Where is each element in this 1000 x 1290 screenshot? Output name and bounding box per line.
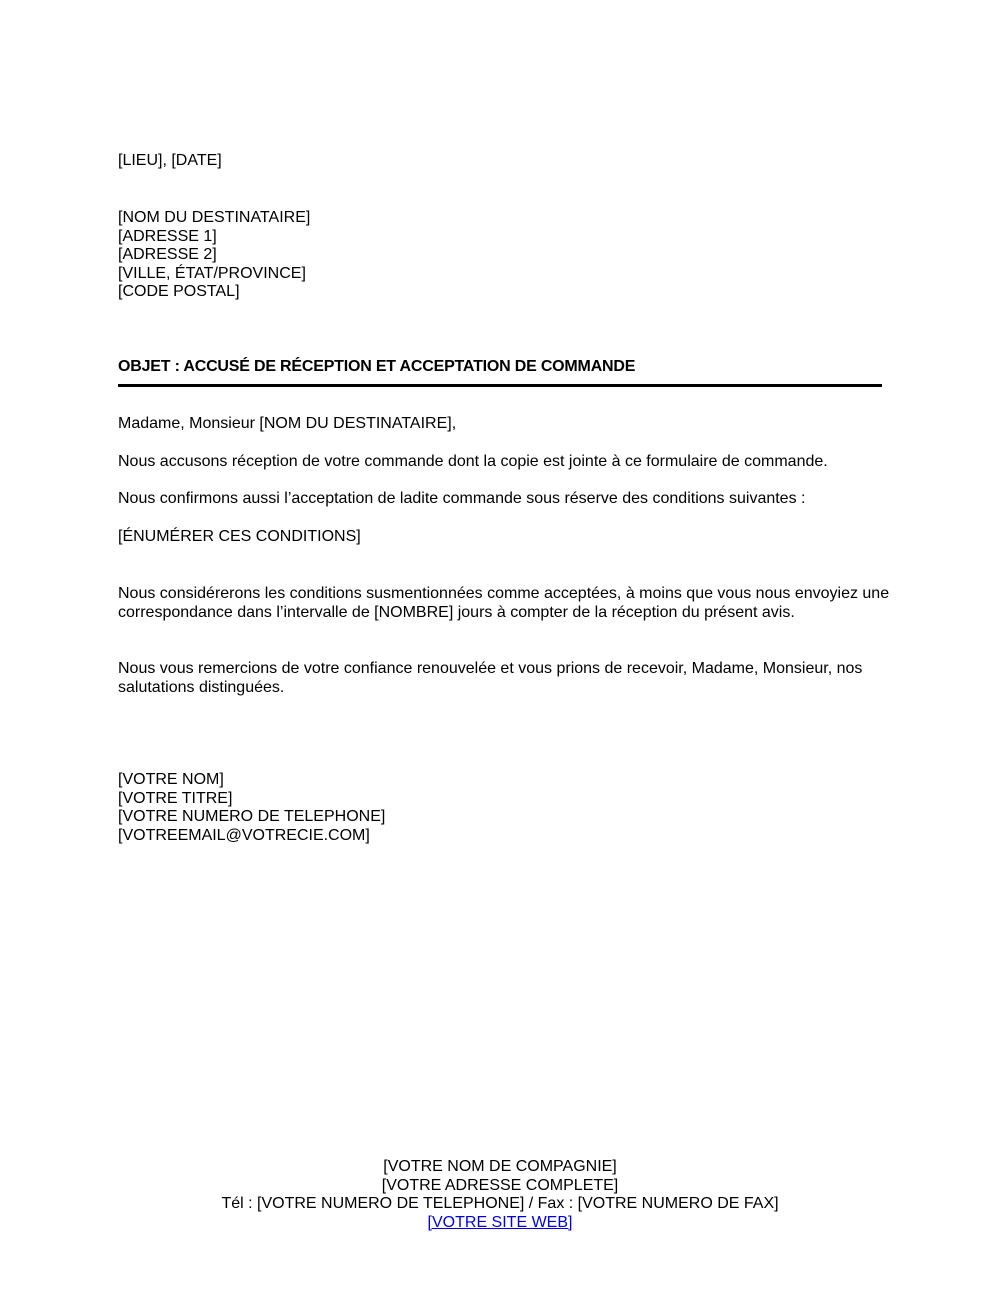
paragraph-conditions: [ÉNUMÉRER CES CONDITIONS] [118, 528, 361, 547]
paragraph-receipt: Nous accusons réception de votre command… [118, 453, 828, 472]
recipient-name: [NOM DU DESTINATAIRE] [118, 209, 310, 228]
paragraph-acceptance: Nous confirmons aussi l’acceptation de l… [118, 490, 805, 509]
paragraph-closing: Nous vous remercions de votre confiance … [118, 659, 898, 697]
subject-divider [118, 384, 882, 387]
footer-website-link[interactable]: [VOTRE SITE WEB] [428, 1214, 573, 1231]
salutation: Madame, Monsieur [NOM DU DESTINATAIRE], [118, 415, 456, 434]
recipient-address-1: [ADRESSE 1] [118, 228, 310, 247]
sender-name: [VOTRE NOM] [118, 771, 385, 790]
footer-company: [VOTRE NOM DE COMPAGNIE] [0, 1158, 1000, 1177]
paragraph-deadline: Nous considérerons les conditions susmen… [118, 584, 898, 622]
recipient-postal-code: [CODE POSTAL] [118, 283, 310, 302]
subject-line: OBJET : ACCUSÉ DE RÉCEPTION ET ACCEPTATI… [118, 358, 635, 377]
sender-email: [VOTREEMAIL@VOTRECIE.COM] [118, 827, 385, 846]
footer-address: [VOTRE ADRESSE COMPLETE] [0, 1177, 1000, 1196]
footer: [VOTRE NOM DE COMPAGNIE] [VOTRE ADRESSE … [0, 1158, 1000, 1232]
sender-title: [VOTRE TITRE] [118, 790, 385, 809]
sender-phone: [VOTRE NUMERO DE TELEPHONE] [118, 808, 385, 827]
date-line: [LIEU], [DATE] [118, 152, 222, 171]
recipient-address-block: [NOM DU DESTINATAIRE] [ADRESSE 1] [ADRES… [118, 209, 310, 302]
recipient-address-2: [ADRESSE 2] [118, 246, 310, 265]
footer-contact: Tél : [VOTRE NUMERO DE TELEPHONE] / Fax … [0, 1195, 1000, 1214]
signature-block: [VOTRE NOM] [VOTRE TITRE] [VOTRE NUMERO … [118, 771, 385, 845]
recipient-city-state: [VILLE, ÉTAT/PROVINCE] [118, 265, 310, 284]
